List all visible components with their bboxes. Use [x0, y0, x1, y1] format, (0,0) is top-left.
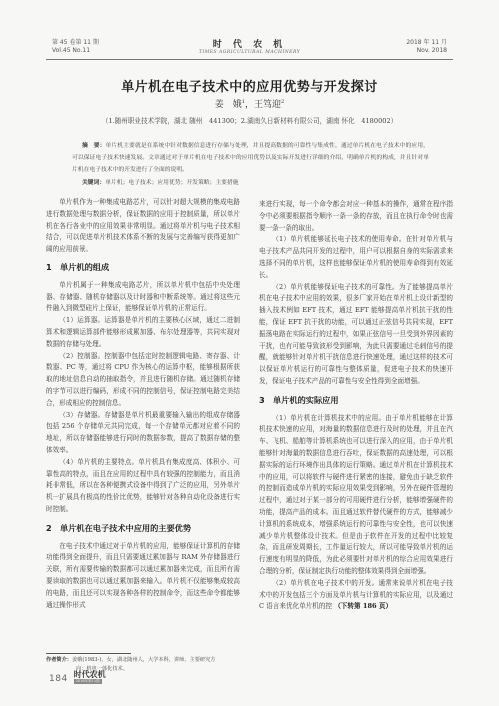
paragraph: （2）控制器。控制器中包括定时控制逻辑电路、寄存器、计数器、PC 等，通过将 C…: [46, 351, 240, 410]
page-header: 第 45 卷第 11 期 Vol.45 No.11 时 代 农 机 TIMES …: [46, 39, 453, 60]
paragraph: 单片机属于一种集成电路芯片，所以单片机中包括中央处理器、存储器、随机存储器以及计…: [46, 280, 240, 315]
author-2-sup: 2: [281, 99, 284, 105]
abstract-text: 单片机主要就是在系统中针对数据信息进行存储与处理，并且提高数据的可靠性与集成性，…: [72, 143, 429, 173]
abstract: 摘 要：单片机主要就是在系统中针对数据信息进行存储与处理，并且提高数据的可靠性与…: [72, 140, 429, 176]
journal-name-cn: 时 代 农 机: [46, 37, 453, 50]
intro-paragraph: 单片机作为一种集成电路芯片，可以针对超大规模的集成电路进行数据处理与数据分析，保…: [46, 197, 240, 256]
logo-subtitle: 2018年第11期: [74, 679, 102, 684]
issue-date: 2018 年 11 月 Nov. 2018: [406, 39, 447, 55]
journal-logo: 时代农机 2018年第11期: [74, 671, 106, 684]
keywords-text: 单片机；电子技术；应用优势；开发策略；主要措施: [105, 180, 238, 186]
authors: 姜 娥1，王笃迎2: [0, 97, 499, 110]
paragraph: （1）单片机能够延长电子技术的使用寿命。在针对单片机与电子技术产品共同开发的过程…: [259, 234, 453, 281]
paragraph: （2）单片机能够保证电子技术的可靠性。为了能够提高单片机在电子技术中应用的效果，…: [259, 282, 453, 388]
section-2-heading: 2单片机在电子技术中应用的主要优势: [46, 523, 240, 535]
continued-note: （下转第 186 页）: [334, 602, 392, 610]
section-3-heading: 3单片机的实际应用: [259, 395, 453, 407]
keywords-label: 关键词：: [82, 180, 105, 186]
author-1: 姜 娥: [215, 100, 242, 110]
section-1-heading: 1单片机的组成: [46, 262, 240, 274]
journal-name: 时 代 农 机 TIMES AGRICULTURAL MACHINERY: [46, 37, 453, 55]
page-footer: 184 时代农机 2018年第11期: [49, 668, 106, 684]
journal-name-en: TIMES AGRICULTURAL MACHINERY: [46, 50, 453, 55]
section-1-title: 单片机的组成: [60, 262, 109, 272]
author-2: 王笃迎: [254, 100, 281, 110]
section-3-number: 3: [259, 395, 273, 407]
paragraph: （3）存储器。存储器是单片机最重要输入输出的组成存储器包括 256 个存储单元共…: [46, 410, 240, 457]
paragraph: （1）运算器。运算器是单片机的主要核心区域，通过二进制算术和逻辑运算部件能够形成…: [46, 315, 240, 350]
footnote-label: 作者简介：: [46, 657, 72, 663]
footnote-line-1: 姜娥(1983-)，女，湖北随州人，大学本科，讲师，主要研究方: [72, 657, 216, 663]
paragraph: （1）单片机在计算机技术中的应用。由于单片机能够在计算机技术快速的应用，对海量的…: [259, 413, 453, 578]
footnote-divider: [46, 653, 131, 654]
affiliation: （1.随州职业技术学院，湖北 随州 441300；2.湖南久日新材料有限公司，湖…: [0, 115, 499, 125]
abstract-label: 摘 要：: [82, 143, 106, 149]
keywords: 关键词：单片机；电子技术；应用优势；开发策略；主要措施: [72, 177, 429, 186]
logo-text: 时代农机: [74, 671, 106, 679]
left-column: 单片机作为一种集成电路芯片，可以针对超大规模的集成电路进行数据处理与数据分析，保…: [46, 197, 240, 611]
paragraph: （4）单片机的主要特点。单片机具有集成度高、体积小、可靠性高的特点，而且在应用的…: [46, 457, 240, 516]
article-title: 单片机在电子技术中的应用优势与开发探讨: [0, 76, 499, 95]
paragraph: 在电子技术中通过对于单片机的应用，能够保证计算机的存储功能得到全面提升，而且只需…: [46, 541, 240, 612]
section-2-title: 单片机在电子技术中应用的主要优势: [60, 523, 191, 533]
author-separator: ，: [245, 100, 254, 110]
date-cn: 2018 年 11 月: [406, 39, 447, 47]
paragraph: （2）单片机在电子技术中的开发。通常来说单片机在电子技术中的开发包括三个方面及单…: [259, 578, 453, 613]
section-2-number: 2: [46, 523, 60, 535]
section-1-number: 1: [46, 262, 60, 274]
paragraph-continued: 来进行实现，每一个命令都会对应一种基本的操作，通常在程序指令中必须要根据指令顺序…: [259, 199, 453, 234]
right-column: 来进行实现，每一个命令都会对应一种基本的操作，通常在程序指令中必须要根据指令顺序…: [259, 199, 453, 613]
page-number: 184: [49, 674, 68, 684]
date-en: Nov. 2018: [406, 47, 447, 55]
section-3-title: 单片机的实际应用: [273, 395, 339, 405]
